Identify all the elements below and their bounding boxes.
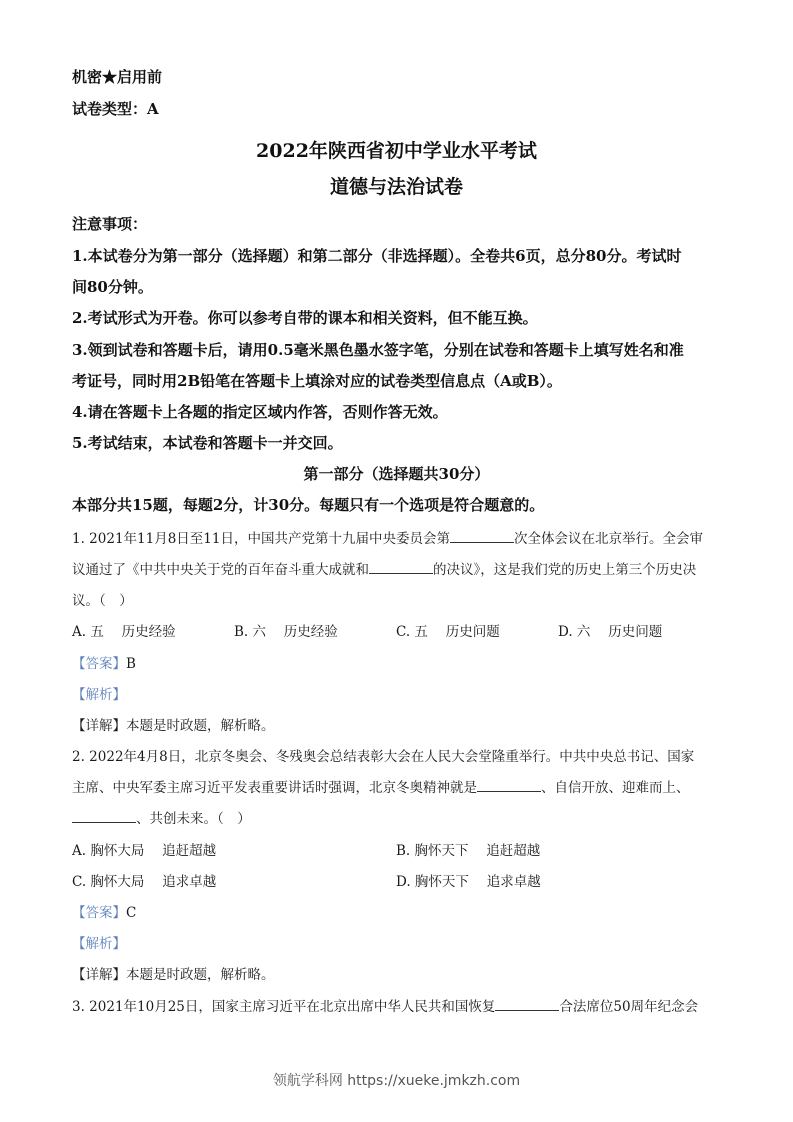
question-2-line: 、共创未来。（ ） (72, 807, 251, 827)
exam-title: 2022年陕西省初中学业水平考试 (0, 136, 793, 163)
answer-blank (450, 530, 514, 543)
option-d: D. 胸怀天下 追求卓越 (396, 870, 541, 890)
answer-value: B (126, 656, 136, 672)
option-a: A. 胸怀大局 追赶超越 (72, 839, 216, 859)
notice-item: 3.领到试卷和答题卡后，请用0.5毫米黑色墨水签字笔，分别在试卷和答题卡上填写姓… (72, 339, 684, 360)
analysis-label: 【解析】 (72, 932, 126, 952)
notice-item: 间80分钟。 (72, 276, 153, 297)
answer-blank (72, 810, 136, 823)
question-2-line: 主席、中央军委主席习近平发表重要讲话时强调，北京冬奥精神就是、自信开放、迎难而上… (72, 776, 690, 796)
option-a: A. 五 历史经验 (72, 620, 176, 640)
confidential-mark: 机密★启用前 (72, 66, 162, 87)
analysis-label: 【解析】 (72, 683, 126, 703)
paper-type: 试卷类型：A (72, 98, 159, 119)
option-b: B. 胸怀天下 追赶超越 (396, 839, 540, 859)
answer-label: 【答案】 (72, 905, 126, 921)
answer-blank (495, 998, 559, 1011)
answer-blank (477, 779, 541, 792)
part1-heading: 第一部分（选择题共30分） (0, 463, 793, 484)
answer-label: 【答案】 (72, 656, 126, 672)
question-1-line: 1. 2021年11月8日至11日，中国共产党第十九届中央委员会第次全体会议在北… (72, 527, 703, 547)
part1-instruction: 本部分共15题，每题2分，计30分。每题只有一个选项是符合题意的。 (72, 494, 544, 515)
exam-page: 机密★启用前 试卷类型：A 2022年陕西省初中学业水平考试 道德与法治试卷 注… (0, 0, 793, 1122)
notice-item: 4.请在答题卡上各题的指定区域内作答，否则作答无效。 (72, 401, 448, 422)
option-b: B. 六 历史经验 (234, 620, 338, 640)
notice-item: 1.本试卷分为第一部分（选择题）和第二部分（非选择题）。全卷共6页，总分80分。… (72, 245, 681, 266)
option-d: D. 六 历史问题 (558, 620, 662, 640)
option-c: C. 五 历史问题 (396, 620, 500, 640)
question-3-line: 3. 2021年10月25日，国家主席习近平在北京出席中华人民共和国恢复合法席位… (72, 995, 698, 1015)
footer-watermark: 领航学科网 https://xueke.jmkzh.com (0, 1070, 793, 1090)
detail-text: 【详解】本题是时政题，解析略。 (72, 963, 275, 983)
question-1-line: 议通过了《中共中央关于党的百年奋斗重大成就和的决议》，这是我们党的历史上第三个历… (72, 558, 696, 578)
notice-heading: 注意事项： (72, 213, 147, 234)
answer-line: 【答案】C (72, 901, 136, 921)
question-2-line: 2. 2022年4月8日，北京冬奥会、冬残奥会总结表彰大会在人民大会堂隆重举行。… (72, 745, 694, 765)
detail-text: 【详解】本题是时政题，解析略。 (72, 714, 275, 734)
option-c: C. 胸怀大局 追求卓越 (72, 870, 216, 890)
notice-item: 2.考试形式为开卷。你可以参考自带的课本和相关资料，但不能互换。 (72, 307, 538, 328)
answer-line: 【答案】B (72, 652, 136, 672)
answer-blank (369, 561, 433, 574)
question-1-line: 议。（ ） (72, 589, 133, 609)
answer-value: C (126, 905, 136, 921)
notice-item: 考证号，同时用2B铅笔在答题卡上填涂对应的试卷类型信息点（A或B）。 (72, 370, 562, 391)
notice-item: 5.考试结束，本试卷和答题卡一并交回。 (72, 432, 343, 453)
subject-title: 道德与法治试卷 (0, 172, 793, 199)
